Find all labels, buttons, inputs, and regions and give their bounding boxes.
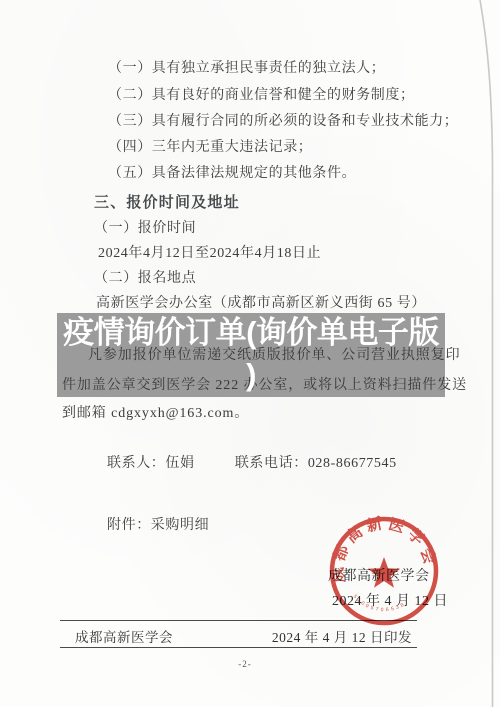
- footer-org: 成都高新医学会: [75, 626, 173, 646]
- page-number: -2-: [0, 659, 490, 669]
- qualification-item-2: （二）具有良好的商业信誉和健全的财务制度；: [108, 87, 415, 105]
- contact-row: 联系人：伍娟 联系电话：028-86677545: [107, 455, 397, 473]
- qualification-item-5: （五）具备法律法规规定的其他条件。: [108, 165, 356, 183]
- scanned-document-page: （一）具有独立承担民事责任的独立法人； （二）具有良好的商业信誉和健全的财务制度…: [0, 0, 500, 707]
- section-title: 三、报价时间及地址: [94, 194, 240, 212]
- subsection-quote-time: （一）报价时间: [94, 220, 196, 238]
- signup-address: 高新医学会办公室（成都市高新区新义西街 65 号）: [96, 295, 426, 313]
- qualification-item-1: （一）具有独立承担民事责任的独立法人；: [108, 60, 385, 78]
- qualification-item-4: （四）三年内无重大违法记录；: [108, 139, 312, 157]
- svg-text:51095706538: 51095706538: [352, 594, 405, 614]
- contact-phone: 联系电话：028-86677545: [235, 456, 397, 471]
- subsection-signup-location: （二）报名地点: [94, 270, 196, 288]
- official-seal-stamp: 成都高新医学会 51095706538: [322, 509, 446, 633]
- watermark-title-line2: ): [57, 353, 445, 396]
- watermark-title-line1: 疫情询价订单(询价单电子版: [57, 312, 445, 353]
- seal-serial-number: 51095706538: [352, 594, 405, 614]
- watermark-title: 疫情询价订单(询价单电子版 ): [57, 312, 445, 396]
- attachment-label: 附件：采购明细: [107, 517, 209, 535]
- qualification-item-3: （三）具有履行合同的所必须的设备和专业技术能力；: [108, 113, 458, 131]
- seal-star-icon: [368, 557, 400, 588]
- notice-line-3: 到邮箱 cdgxyxh@163.com。: [62, 402, 249, 422]
- footer-rule-bottom: [60, 647, 417, 648]
- quote-period: 2024年4月12日至2024年4月18日止: [98, 245, 321, 263]
- contact-person: 联系人：伍娟: [107, 456, 195, 471]
